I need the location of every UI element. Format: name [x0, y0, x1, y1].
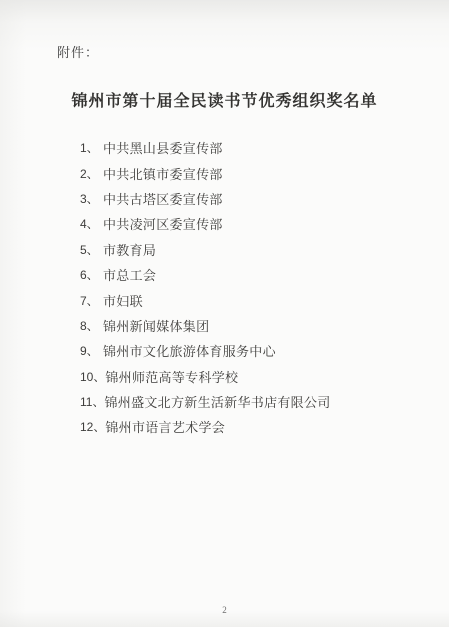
item-number: 7、 — [80, 292, 103, 309]
item-text: 锦州市语言艺术学会 — [105, 417, 225, 436]
item-text: 中共黑山县委宣传部 — [103, 138, 223, 157]
list-item: 1、 中共黑山县委宣传部 — [80, 135, 331, 160]
item-number: 3、 — [80, 190, 103, 207]
item-text: 中共北镇市委宣传部 — [103, 164, 223, 183]
item-text: 市妇联 — [103, 291, 143, 310]
item-number: 2、 — [80, 165, 103, 182]
list-item: 12、 锦州市语言艺术学会 — [80, 414, 331, 439]
item-text: 市教育局 — [103, 240, 156, 259]
list-item: 8、 锦州新闻媒体集团 — [80, 313, 331, 338]
item-text: 中共凌河区委宣传部 — [103, 214, 223, 233]
award-list: 1、 中共黑山县委宣传部 2、 中共北镇市委宣传部 3、 中共古塔区委宣传部 4… — [80, 135, 331, 440]
page-number: 2 — [0, 605, 449, 615]
list-item: 5、 市教育局 — [80, 237, 331, 262]
item-number: 5、 — [80, 241, 103, 258]
item-number: 8、 — [80, 317, 103, 334]
list-item: 7、 市妇联 — [80, 287, 331, 312]
list-item: 6、 市总工会 — [80, 262, 331, 287]
item-number: 11、 — [80, 393, 104, 410]
item-text: 锦州新闻媒体集团 — [103, 316, 209, 335]
attachment-label: 附件： — [57, 42, 99, 61]
item-number: 9、 — [80, 342, 103, 359]
item-number: 12、 — [80, 418, 105, 435]
item-number: 6、 — [80, 266, 103, 283]
document-title: 锦州市第十届全民读书节优秀组织奖名单 — [0, 88, 449, 111]
list-item: 2、 中共北镇市委宣传部 — [80, 160, 331, 185]
item-number: 10、 — [80, 368, 105, 385]
item-text: 锦州师范高等专科学校 — [105, 367, 238, 386]
item-text: 锦州盛文北方新生活新华书店有限公司 — [104, 392, 330, 411]
list-item: 3、 中共古塔区委宣传部 — [80, 186, 331, 211]
list-item: 9、 锦州市文化旅游体育服务中心 — [80, 338, 331, 363]
list-item: 4、 中共凌河区委宣传部 — [80, 211, 331, 236]
item-number: 1、 — [80, 139, 103, 156]
item-text: 市总工会 — [103, 265, 156, 284]
scanned-document-page: 附件： 锦州市第十届全民读书节优秀组织奖名单 1、 中共黑山县委宣传部 2、 中… — [0, 0, 449, 627]
list-item: 10、 锦州师范高等专科学校 — [80, 364, 331, 389]
item-text: 中共古塔区委宣传部 — [103, 189, 223, 208]
item-text: 锦州市文化旅游体育服务中心 — [103, 341, 276, 360]
item-number: 4、 — [80, 215, 103, 232]
list-item: 11、 锦州盛文北方新生活新华书店有限公司 — [80, 389, 331, 414]
